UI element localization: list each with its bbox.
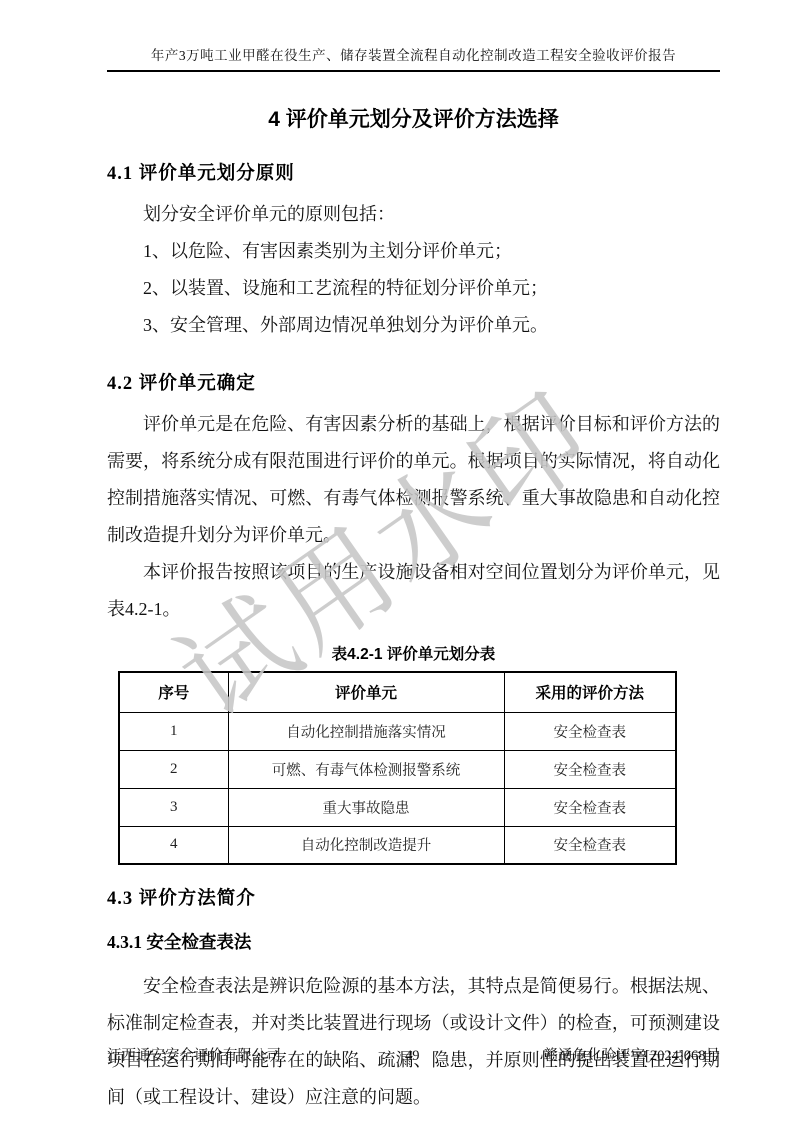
report-page: 年产3万吨工业甲醛在役生产、储存装置全流程自动化控制改造工程安全验收评价报告 4…	[0, 0, 793, 1122]
table-row: 3 重大事故隐患 安全检查表	[119, 788, 676, 826]
footer-company: 江西通安安全评价有限公司	[107, 1044, 281, 1065]
section-heading-4-3-1: 4.3.1 安全检查表法	[107, 931, 720, 954]
cell-unit: 可燃、有毒气体检测报警系统	[228, 750, 504, 788]
cell-unit: 自动化控制措施落实情况	[228, 712, 504, 750]
page-footer: 江西通安安全评价有限公司 49 赣通危化验评字[2024]068号	[0, 1044, 793, 1065]
cell-seq: 3	[119, 788, 228, 826]
cell-seq: 1	[119, 712, 228, 750]
evaluation-unit-table: 序号 评价单元 采用的评价方法 1 自动化控制措施落实情况 安全检查表 2 可燃…	[118, 671, 677, 865]
cell-method: 安全检查表	[504, 750, 676, 788]
table-header-row: 序号 评价单元 采用的评价方法	[119, 672, 676, 712]
header-rule	[107, 70, 720, 72]
footer-doc-number: 赣通危化验评字[2024]068号	[544, 1044, 720, 1065]
table-row: 4 自动化控制改造提升 安全检查表	[119, 826, 676, 864]
cell-method: 安全检查表	[504, 788, 676, 826]
column-header-unit: 评价单元	[228, 672, 504, 712]
section-4-1-intro: 划分安全评价单元的原则包括：	[107, 196, 720, 233]
principle-item-1: 1、以危险、有害因素类别为主划分评价单元；	[107, 233, 720, 270]
section-heading-4-2: 4.2 评价单元确定	[107, 372, 720, 396]
table-row: 1 自动化控制措施落实情况 安全检查表	[119, 712, 676, 750]
table-caption: 表4.2-1 评价单元划分表	[107, 642, 720, 664]
column-header-seq: 序号	[119, 672, 228, 712]
cell-seq: 2	[119, 750, 228, 788]
cell-method: 安全检查表	[504, 826, 676, 864]
cell-method: 安全检查表	[504, 712, 676, 750]
running-title: 年产3万吨工业甲醛在役生产、储存装置全流程自动化控制改造工程安全验收评价报告	[107, 46, 720, 65]
page-content: 4 评价单元划分及评价方法选择 4.1 评价单元划分原则 划分安全评价单元的原则…	[0, 106, 793, 1116]
principle-item-2: 2、以装置、设施和工艺流程的特征划分评价单元；	[107, 270, 720, 307]
section-4-2-para-1: 评价单元是在危险、有害因素分析的基础上，根据评价目标和评价方法的需要，将系统分成…	[107, 406, 720, 554]
table-row: 2 可燃、有毒气体检测报警系统 安全检查表	[119, 750, 676, 788]
chapter-title: 4 评价单元划分及评价方法选择	[107, 106, 720, 134]
footer-page-number: 49	[405, 1048, 420, 1065]
section-heading-4-3: 4.3 评价方法简介	[107, 887, 720, 911]
cell-unit: 重大事故隐患	[228, 788, 504, 826]
cell-seq: 4	[119, 826, 228, 864]
principle-item-3: 3、安全管理、外部周边情况单独划分为评价单元。	[107, 307, 720, 344]
page-header: 年产3万吨工业甲醛在役生产、储存装置全流程自动化控制改造工程安全验收评价报告	[0, 0, 793, 72]
column-header-method: 采用的评价方法	[504, 672, 676, 712]
section-4-3-1-para: 安全检查表法是辨识危险源的基本方法，其特点是简便易行。根据法规、标准制定检查表，…	[107, 968, 720, 1116]
cell-unit: 自动化控制改造提升	[228, 826, 504, 864]
section-4-2-para-2: 本评价报告按照该项目的生产设施设备相对空间位置划分为评价单元，见表4.2-1。	[107, 554, 720, 628]
section-heading-4-1: 4.1 评价单元划分原则	[107, 162, 720, 186]
